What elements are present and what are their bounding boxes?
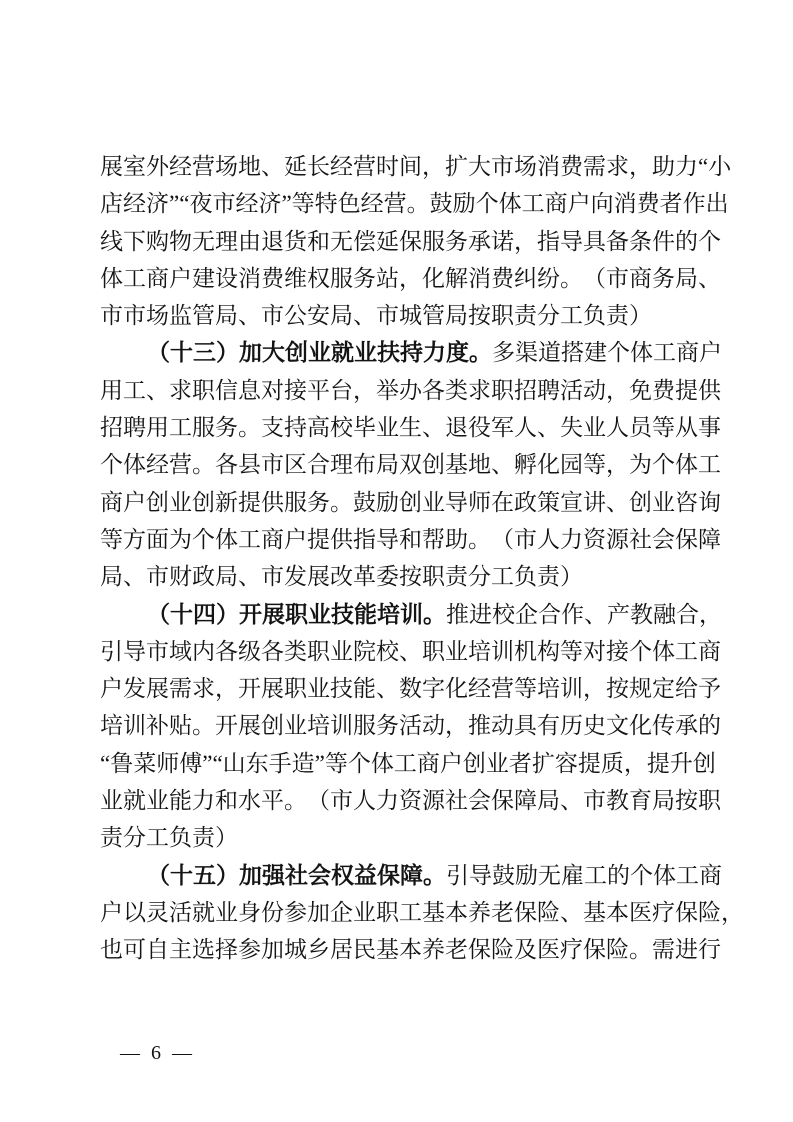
body-char: 等 <box>325 745 348 782</box>
body-char: 社 <box>445 782 468 819</box>
body-char: 及 <box>514 931 537 968</box>
body-char: 险 <box>606 931 629 968</box>
body-char: 场 <box>514 148 537 185</box>
body-char: 融 <box>653 596 676 633</box>
body-char: 创 <box>629 484 652 521</box>
body-char: 业 <box>652 484 675 521</box>
body-char: 方 <box>123 521 146 558</box>
body-char: 商 <box>146 260 169 297</box>
body-char: 资 <box>399 782 422 819</box>
body-char: 个 <box>630 857 653 894</box>
heading-char: 障 <box>400 857 423 894</box>
body-char: 主 <box>169 931 192 968</box>
body-char: 资 <box>583 521 606 558</box>
body-char: 费 <box>652 372 675 409</box>
body-char: 校 <box>330 409 353 446</box>
body-char: 事 <box>698 409 721 446</box>
heading-char: 保 <box>377 857 400 894</box>
body-char: 商 <box>545 185 568 222</box>
body-char: 和 <box>399 521 422 558</box>
body-char: 引 <box>446 857 469 894</box>
body-char: 职 <box>284 670 307 707</box>
text-line-11: 等方面为个体工商户提供指导和帮助。（市人力资源社会保障 <box>100 521 700 558</box>
body-char: 济 <box>258 185 281 222</box>
body-char: 乡 <box>307 931 330 968</box>
body-char: 军 <box>491 409 514 446</box>
body-char: 企 <box>330 894 353 931</box>
body-char: 聘 <box>123 409 146 446</box>
body-char: 师 <box>156 745 179 782</box>
body-char: 免 <box>629 372 652 409</box>
body-char: 构 <box>537 633 560 670</box>
body-char: 有 <box>537 707 560 744</box>
body-char: 求 <box>169 372 192 409</box>
body-char: 局 <box>537 782 560 819</box>
body-char: ， <box>353 372 376 409</box>
body-char: 以 <box>123 894 146 931</box>
body-char: 从 <box>675 409 698 446</box>
document-body: 展室外经营场地、延长经营时间，扩大市场消费需求，助力“小店经济”“夜市经济”等特… <box>100 148 700 969</box>
body-char: 求 <box>192 670 215 707</box>
heading-char: （ <box>147 596 170 633</box>
body-char: 城 <box>284 931 307 968</box>
body-char: 户 <box>568 185 591 222</box>
body-char: 质 <box>601 745 624 782</box>
body-char: 纷 <box>537 260 560 297</box>
body-char: 类 <box>445 372 468 409</box>
body-char: 创 <box>261 707 284 744</box>
body-char: ， <box>445 707 468 744</box>
body-char: 件 <box>652 223 675 260</box>
body-char: 力 <box>192 782 215 819</box>
body-char: 份 <box>261 894 284 931</box>
body-char: 体 <box>630 334 653 371</box>
heading-char: 就 <box>331 334 354 371</box>
body-char: 、 <box>491 446 514 483</box>
body-char: 提 <box>647 745 670 782</box>
body-char: 开 <box>238 670 261 707</box>
body-char: 医 <box>537 931 560 968</box>
body-char: 纠 <box>514 260 537 297</box>
body-char: 备 <box>606 223 629 260</box>
body-char: 务 <box>445 223 468 260</box>
body-char: 多 <box>492 334 515 371</box>
body-char: 承 <box>468 223 491 260</box>
body-char: 营 <box>491 670 514 707</box>
body-char: 个 <box>476 185 499 222</box>
body-char: 持 <box>284 409 307 446</box>
body-char: 业 <box>486 745 509 782</box>
body-char: 险 <box>537 894 560 931</box>
body-char: 退 <box>261 223 284 260</box>
body-char: 户 <box>284 521 307 558</box>
body-char: “ <box>179 185 189 222</box>
body-char: 校 <box>492 596 515 633</box>
body-char: 导 <box>123 633 146 670</box>
body-char: 引 <box>100 633 123 670</box>
body-char: 外 <box>146 148 169 185</box>
body-char: 。 <box>192 446 215 483</box>
body-char: 消 <box>238 260 261 297</box>
body-char: 建 <box>192 260 215 297</box>
body-char: 化 <box>422 260 445 297</box>
page-number: — 6 — <box>120 1038 195 1068</box>
body-char: 职 <box>307 633 330 670</box>
body-char: 举 <box>376 372 399 409</box>
heading-char: 业 <box>308 596 331 633</box>
body-char: 费 <box>491 260 514 297</box>
heading-char: 技 <box>331 596 354 633</box>
body-char: 雇 <box>561 857 584 894</box>
body-char: 育 <box>629 782 652 819</box>
heading-char: （ <box>147 857 170 894</box>
heading-char: 训 <box>400 596 423 633</box>
body-char: 。 <box>238 409 261 446</box>
body-char: 展 <box>261 670 284 707</box>
body-char: 务 <box>215 409 238 446</box>
body-char: 工 <box>522 185 545 222</box>
body-char: 工 <box>653 334 676 371</box>
body-char: 职 <box>376 894 399 931</box>
text-line-22: 也可自主选择参加城乡居民基本养老保险及医疗保险。需进行 <box>100 931 700 968</box>
heading-char: 能 <box>354 596 377 633</box>
body-char: 需 <box>169 670 192 707</box>
heading-char: ） <box>216 596 239 633</box>
body-char: 鼓 <box>430 185 453 222</box>
body-char: ， <box>514 223 537 260</box>
body-char: ， <box>624 745 647 782</box>
body-char: 基 <box>583 894 606 931</box>
body-char: 东 <box>246 745 269 782</box>
body-char: 市 <box>514 521 537 558</box>
body-char: 体 <box>371 745 394 782</box>
body-char: 具 <box>583 223 606 260</box>
body-char: 民 <box>353 931 376 968</box>
text-line-2: 店经济”“夜市经济”等特色经营。鼓励个体工商户向消费者作出 <box>100 185 700 222</box>
body-char: 业 <box>146 782 169 819</box>
body-char: 下 <box>123 223 146 260</box>
body-char: 工 <box>169 409 192 446</box>
body-char: 会 <box>468 782 491 819</box>
body-char: 体 <box>215 521 238 558</box>
body-char: 无 <box>192 223 215 260</box>
body-char: 本 <box>606 894 629 931</box>
body-char: 工 <box>238 521 261 558</box>
text-line-12: 局、市财政局、市发展改革委按职责分工负责） <box>100 558 700 595</box>
body-char: 择 <box>215 931 238 968</box>
body-char: 户 <box>169 260 192 297</box>
body-char: 求 <box>468 372 491 409</box>
body-char: 自 <box>146 931 169 968</box>
heading-char: 度 <box>446 334 469 371</box>
body-char: ” <box>315 745 325 782</box>
body-char: 造 <box>292 745 315 782</box>
body-char: 等 <box>514 670 537 707</box>
body-char: 咨 <box>675 484 698 521</box>
body-char: 开 <box>215 707 238 744</box>
body-char: 求 <box>606 148 629 185</box>
body-char: 信 <box>215 372 238 409</box>
body-char: 营 <box>353 148 376 185</box>
body-char: 活 <box>399 707 422 744</box>
body-char: 设 <box>215 260 238 297</box>
heading-char: 展 <box>262 596 285 633</box>
body-char: 个 <box>348 745 371 782</box>
body-char: 参 <box>238 931 261 968</box>
body-char: 理 <box>330 446 353 483</box>
text-line-1: 展室外经营场地、延长经营时间，扩大市场消费需求，助力“小 <box>100 148 700 185</box>
body-char: 。 <box>629 931 652 968</box>
body-char: 培 <box>100 707 123 744</box>
body-char: 用 <box>100 372 123 409</box>
body-char: 平 <box>307 372 330 409</box>
heading-char: 力 <box>423 334 446 371</box>
paragraph-text: 责分工负责） <box>100 825 238 850</box>
body-char: 化 <box>629 707 652 744</box>
body-char: 市 <box>261 446 284 483</box>
body-char: 商 <box>417 745 440 782</box>
body-char: 经 <box>146 446 169 483</box>
body-char: 基 <box>445 446 468 483</box>
body-char: 时 <box>376 148 399 185</box>
body-char: 险 <box>491 931 514 968</box>
body-char: 按 <box>606 670 629 707</box>
body-char: 就 <box>192 894 215 931</box>
body-char: 对 <box>583 633 606 670</box>
body-char: 政 <box>514 484 537 521</box>
body-char: 人 <box>514 409 537 446</box>
body-char: 业 <box>307 670 330 707</box>
body-char: 创 <box>693 745 716 782</box>
body-char: 定 <box>652 670 675 707</box>
body-char: 办 <box>399 372 422 409</box>
body-char: 鼓 <box>492 857 515 894</box>
body-char: 权 <box>307 260 330 297</box>
body-char: 务 <box>353 260 376 297</box>
body-char: 校 <box>376 633 399 670</box>
body-char: 、 <box>606 484 629 521</box>
body-char: ” <box>281 185 291 222</box>
body-char: 保 <box>514 894 537 931</box>
body-char: 的 <box>698 707 721 744</box>
body-char: 工 <box>698 446 721 483</box>
text-line-7: 用工、求职信息对接平台，举办各类求职招聘活动，免费提供 <box>100 372 700 409</box>
body-char: 作 <box>683 185 706 222</box>
body-char: 线 <box>100 223 123 260</box>
body-char: 业 <box>583 409 606 446</box>
text-line-9: 个体经营。各县市区合理布局双创基地、孵化园等，为个体工 <box>100 446 700 483</box>
body-char: 励 <box>376 484 399 521</box>
body-char: 训 <box>560 670 583 707</box>
body-char: 户 <box>699 334 722 371</box>
body-char: 进 <box>675 931 698 968</box>
body-char: 保 <box>399 223 422 260</box>
body-char: 、 <box>261 148 284 185</box>
body-char: ， <box>399 260 422 297</box>
body-char: 源 <box>606 521 629 558</box>
document-page: 展室外经营场地、延长经营时间，扩大市场消费需求，助力“小店经济”“夜市经济”等特… <box>0 0 793 1122</box>
body-char: 提 <box>238 484 261 521</box>
body-char: 招 <box>514 372 537 409</box>
body-char: 教 <box>606 782 629 819</box>
body-char: 域 <box>169 633 192 670</box>
body-char: 诺 <box>491 223 514 260</box>
body-char: 会 <box>652 521 675 558</box>
body-char: 维 <box>284 260 307 297</box>
body-char: 动 <box>491 707 514 744</box>
body-char: 疗 <box>652 894 675 931</box>
body-char: 工 <box>399 894 422 931</box>
body-char: 类 <box>284 633 307 670</box>
body-char: 策 <box>537 484 560 521</box>
body-char: 、 <box>584 596 607 633</box>
body-char: 、 <box>376 670 399 707</box>
body-char: ” <box>169 185 179 222</box>
body-char: 承 <box>675 707 698 744</box>
body-char: 经 <box>169 148 192 185</box>
body-char: 业 <box>169 484 192 521</box>
text-line-17: “鲁菜师傅”“山东手造”等个体工商户创业者扩容提质，提升创 <box>100 745 700 782</box>
body-char: 市 <box>606 260 629 297</box>
body-char: 鲁 <box>110 745 133 782</box>
body-char: 特 <box>315 185 338 222</box>
body-char: 站 <box>376 260 399 297</box>
body-char: 。 <box>560 260 583 297</box>
body-char: 扩 <box>532 745 555 782</box>
body-char: 生 <box>399 409 422 446</box>
body-char: ” <box>202 745 212 782</box>
body-char: 。 <box>192 707 215 744</box>
body-char: 规 <box>629 670 652 707</box>
body-char: 灵 <box>146 894 169 931</box>
body-char: 水 <box>238 782 261 819</box>
body-char: 级 <box>238 633 261 670</box>
body-char: 无 <box>538 857 561 894</box>
body-char: 各 <box>261 633 284 670</box>
body-char: 提 <box>578 745 601 782</box>
body-char: 工 <box>584 857 607 894</box>
body-char: 服 <box>192 409 215 446</box>
body-char: ， <box>629 148 652 185</box>
body-char: 局 <box>652 782 675 819</box>
body-char: 县 <box>238 446 261 483</box>
text-line-16: 培训补贴。开展创业培训服务活动，推动具有历史文化传承的 <box>100 707 700 744</box>
body-char: 手 <box>269 745 292 782</box>
heading-char: 持 <box>400 334 423 371</box>
body-char: 也 <box>100 931 123 968</box>
body-char: 就 <box>123 782 146 819</box>
body-char: 市 <box>212 185 235 222</box>
body-char: 各 <box>422 372 445 409</box>
heading-char: 。 <box>469 334 492 371</box>
body-char: 保 <box>468 931 491 968</box>
body-char: 人 <box>537 521 560 558</box>
body-char: 和 <box>215 782 238 819</box>
body-char: 务 <box>307 484 330 521</box>
body-char: ， <box>215 670 238 707</box>
body-char: 选 <box>192 931 215 968</box>
body-char: 经 <box>330 148 353 185</box>
body-char: 创 <box>422 446 445 483</box>
body-char: 具 <box>514 707 537 744</box>
body-char: ， <box>699 596 722 633</box>
text-line-14: 引导市域内各级各类职业院校、职业培训机构等对接个体工商 <box>100 633 700 670</box>
body-char: 养 <box>422 931 445 968</box>
text-line-5: 市市场监管局、市公安局、市城管局按职责分工负责） <box>100 297 700 334</box>
body-char: 医 <box>629 894 652 931</box>
body-char: ， <box>721 894 744 931</box>
body-char: 无 <box>330 223 353 260</box>
body-char: ， <box>583 670 606 707</box>
body-char: 个 <box>652 446 675 483</box>
body-char: 毕 <box>353 409 376 446</box>
body-char: 招 <box>100 409 123 446</box>
body-char: 的 <box>607 857 630 894</box>
body-char: 和 <box>307 223 330 260</box>
body-char: 加 <box>307 894 330 931</box>
body-char: 的 <box>675 223 698 260</box>
body-char: 训 <box>123 707 146 744</box>
body-char: 创 <box>399 484 422 521</box>
body-char: 用 <box>146 409 169 446</box>
text-line-18: 业就业能力和水平。（市人力资源社会保障局、市教育局按职 <box>100 782 700 819</box>
body-char: 营 <box>384 185 407 222</box>
body-char: 费 <box>637 185 660 222</box>
body-char: 商 <box>699 857 722 894</box>
body-char: 容 <box>555 745 578 782</box>
body-char: 延 <box>284 148 307 185</box>
body-char: 平 <box>261 782 284 819</box>
body-char: 经 <box>123 185 146 222</box>
body-char: 。 <box>284 782 307 819</box>
body-char: 保 <box>675 894 698 931</box>
body-char: 等 <box>100 521 123 558</box>
body-char: 业 <box>353 894 376 931</box>
body-char: 间 <box>399 148 422 185</box>
body-char: 工 <box>676 857 699 894</box>
body-char: 发 <box>123 670 146 707</box>
body-char: 接 <box>284 372 307 409</box>
body-char: 务 <box>376 707 399 744</box>
body-char: 障 <box>514 782 537 819</box>
heading-char: 开 <box>239 596 262 633</box>
body-char: 业 <box>215 894 238 931</box>
body-char: 展 <box>100 148 123 185</box>
body-char: 商 <box>676 334 699 371</box>
body-char: 险 <box>698 894 721 931</box>
heading-char: 大 <box>262 334 285 371</box>
body-char: 户 <box>100 894 123 931</box>
body-char: 台 <box>330 372 353 409</box>
body-char: 训 <box>491 633 514 670</box>
heading-char: 权 <box>331 857 354 894</box>
body-char: 聘 <box>537 372 560 409</box>
body-char: 市 <box>330 782 353 819</box>
body-char: 等 <box>560 633 583 670</box>
body-char: 疗 <box>560 931 583 968</box>
body-char: 体 <box>123 446 146 483</box>
body-char: 教 <box>630 596 653 633</box>
body-char: 局 <box>675 260 698 297</box>
body-char: 需 <box>652 931 675 968</box>
body-char: 、 <box>560 782 583 819</box>
body-char: 局 <box>376 446 399 483</box>
body-char: 为 <box>169 521 192 558</box>
heading-char: 五 <box>193 857 216 894</box>
body-char: 训 <box>330 707 353 744</box>
body-char: 傅 <box>179 745 202 782</box>
body-char: 商 <box>629 260 652 297</box>
